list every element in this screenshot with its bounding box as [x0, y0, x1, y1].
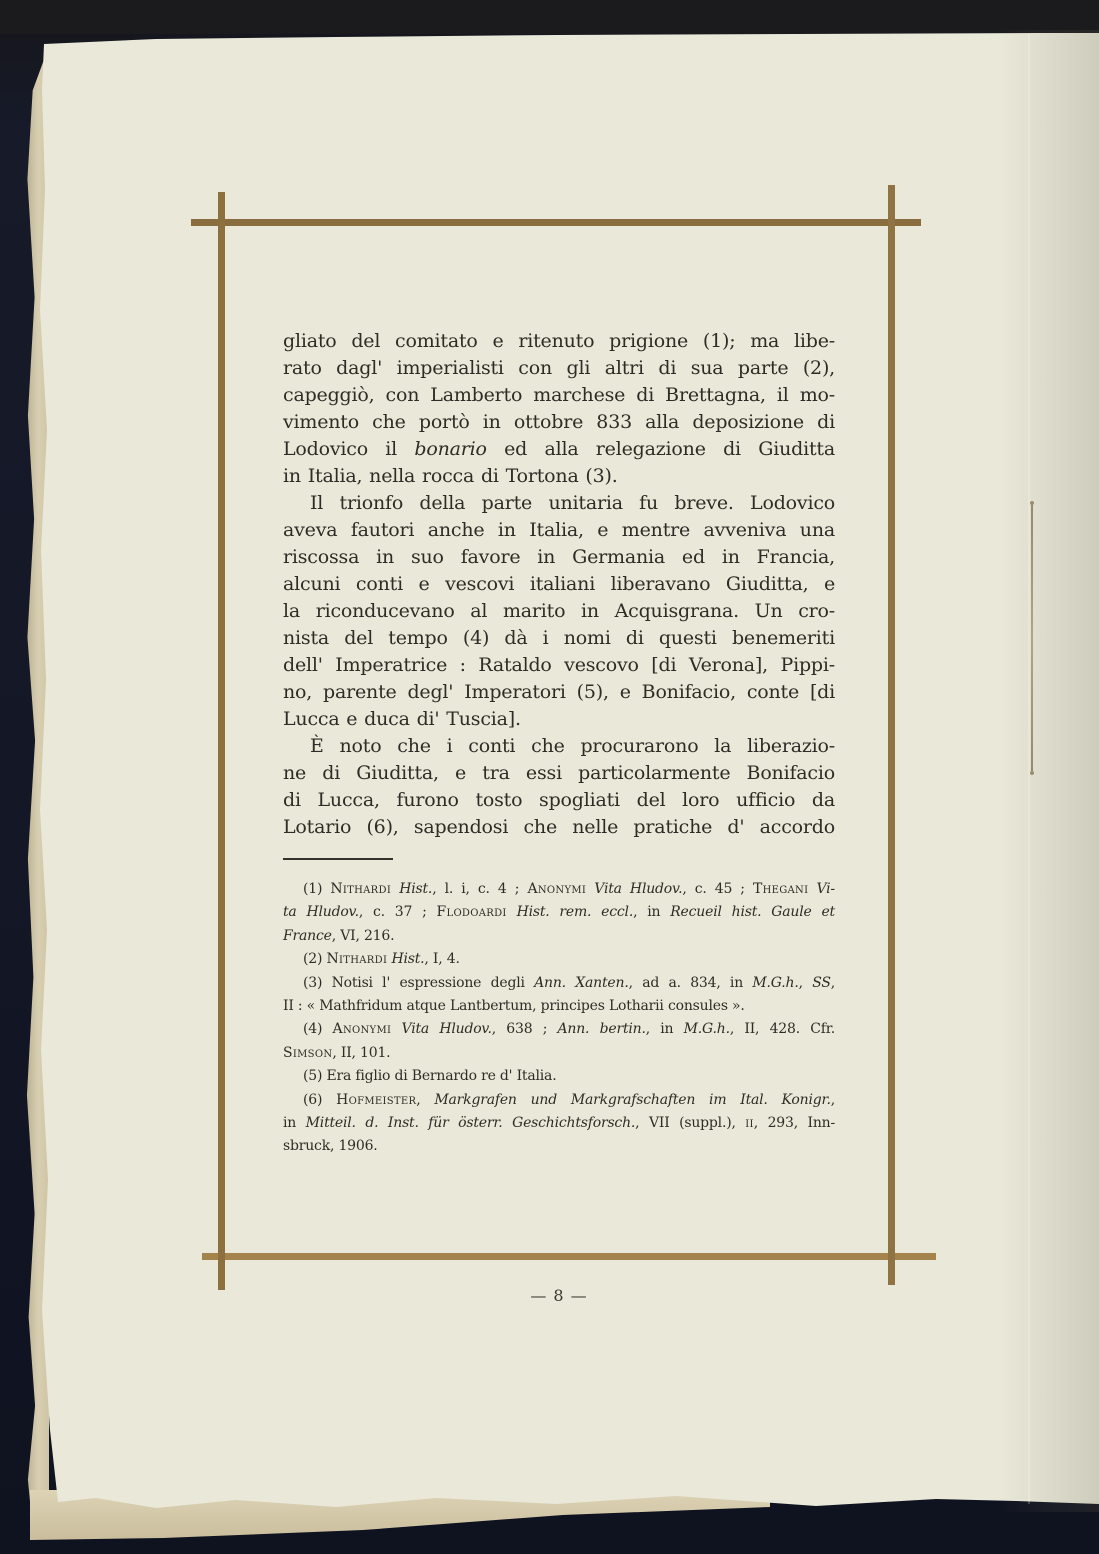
text-line: in Mitteil. d. Inst. für österr. Geschic…	[283, 1112, 835, 1135]
text-line: la riconducevano al marito in Acquisgran…	[283, 598, 835, 625]
text-line: capeggiò, con Lamberto marchese di Brett…	[283, 382, 835, 409]
text-line: France, VI, 216.	[283, 925, 835, 948]
paragraph: (6) Hofmeister, Markgrafen und Markgrafs…	[283, 1089, 835, 1159]
page-number: — 8 —	[283, 1286, 835, 1305]
text-line: È noto che i conti che procurarono la li…	[283, 733, 835, 760]
paragraph: (2) Nithardi Hist., I, 4.	[283, 948, 835, 971]
text-line: gliato del comitato e ritenuto prigione …	[283, 328, 835, 355]
text-line: dell' Imperatrice : Rataldo vescovo [di …	[283, 652, 835, 679]
paragraph: gliato del comitato e ritenuto prigione …	[283, 328, 835, 490]
gutter-crease	[1028, 34, 1030, 1504]
text-line: Lucca e duca di' Tuscia].	[283, 706, 835, 733]
text-line: Lodovico il bonario ed alla relegazione …	[283, 436, 835, 463]
frame-right-line	[888, 185, 895, 1285]
text-line: sbruck, 1906.	[283, 1135, 835, 1158]
paragraph: È noto che i conti che procurarono la li…	[283, 733, 835, 841]
text-line: riscossa in suo favore in Germania ed in…	[283, 544, 835, 571]
text-line: vimento che portò in ottobre 833 alla de…	[283, 409, 835, 436]
frame-bottom-line	[202, 1253, 936, 1260]
text-line: aveva fautori anche in Italia, e mentre …	[283, 517, 835, 544]
paragraph: (3) Notisi l' espressione degli Ann. Xan…	[283, 972, 835, 1019]
text-line: (1) Nithardi Hist., l. i, c. 4 ; Anonymi…	[283, 878, 835, 901]
text-line: nista del tempo (4) dà i nomi di questi …	[283, 625, 835, 652]
text-line: di Lucca, furono tosto spogliati del lor…	[283, 787, 835, 814]
text-line: ne di Giuditta, e tra essi particolarmen…	[283, 760, 835, 787]
body-text: gliato del comitato e ritenuto prigione …	[283, 328, 835, 841]
text-line: rato dagl' imperialisti con gli altri di…	[283, 355, 835, 382]
text-line: Il trionfo della parte unitaria fu breve…	[283, 490, 835, 517]
footnote-separator	[283, 858, 393, 860]
paragraph: (4) Anonymi Vita Hludov., 638 ; Ann. ber…	[283, 1018, 835, 1065]
frame-left-line	[218, 192, 225, 1290]
text-line: ta Hludov., c. 37 ; Flodoardi Hist. rem.…	[283, 901, 835, 924]
footnotes: (1) Nithardi Hist., l. i, c. 4 ; Anonymi…	[283, 878, 835, 1159]
paragraph: (5) Era figlio di Bernardo re d' Italia.	[283, 1065, 835, 1088]
text-line: Simson, II, 101.	[283, 1042, 835, 1065]
gutter-shade	[1000, 30, 1099, 1512]
paragraph: (1) Nithardi Hist., l. i, c. 4 ; Anonymi…	[283, 878, 835, 948]
photo-of-book-page: gliato del comitato e ritenuto prigione …	[0, 0, 1099, 1554]
frame-top-line	[191, 219, 921, 226]
text-line: (5) Era figlio di Bernardo re d' Italia.	[283, 1065, 835, 1088]
text-line: (6) Hofmeister, Markgrafen und Markgrafs…	[283, 1089, 835, 1112]
binding-thread	[1031, 505, 1033, 771]
text-line: (3) Notisi l' espressione degli Ann. Xan…	[283, 972, 835, 995]
text-line: in Italia, nella rocca di Tortona (3).	[283, 463, 835, 490]
paragraph: Il trionfo della parte unitaria fu breve…	[283, 490, 835, 733]
photo-top-shadow-band	[0, 0, 1099, 34]
text-line: (4) Anonymi Vita Hludov., 638 ; Ann. ber…	[283, 1018, 835, 1041]
text-line: II : « Mathfridum atque Lantbertum, prin…	[283, 995, 835, 1018]
text-line: alcuni conti e vescovi italiani liberava…	[283, 571, 835, 598]
text-line: Lotario (6), sapendosi che nelle pratich…	[283, 814, 835, 841]
text-line: (2) Nithardi Hist., I, 4.	[283, 948, 835, 971]
text-line: no, parente degl' Imperatori (5), e Boni…	[283, 679, 835, 706]
